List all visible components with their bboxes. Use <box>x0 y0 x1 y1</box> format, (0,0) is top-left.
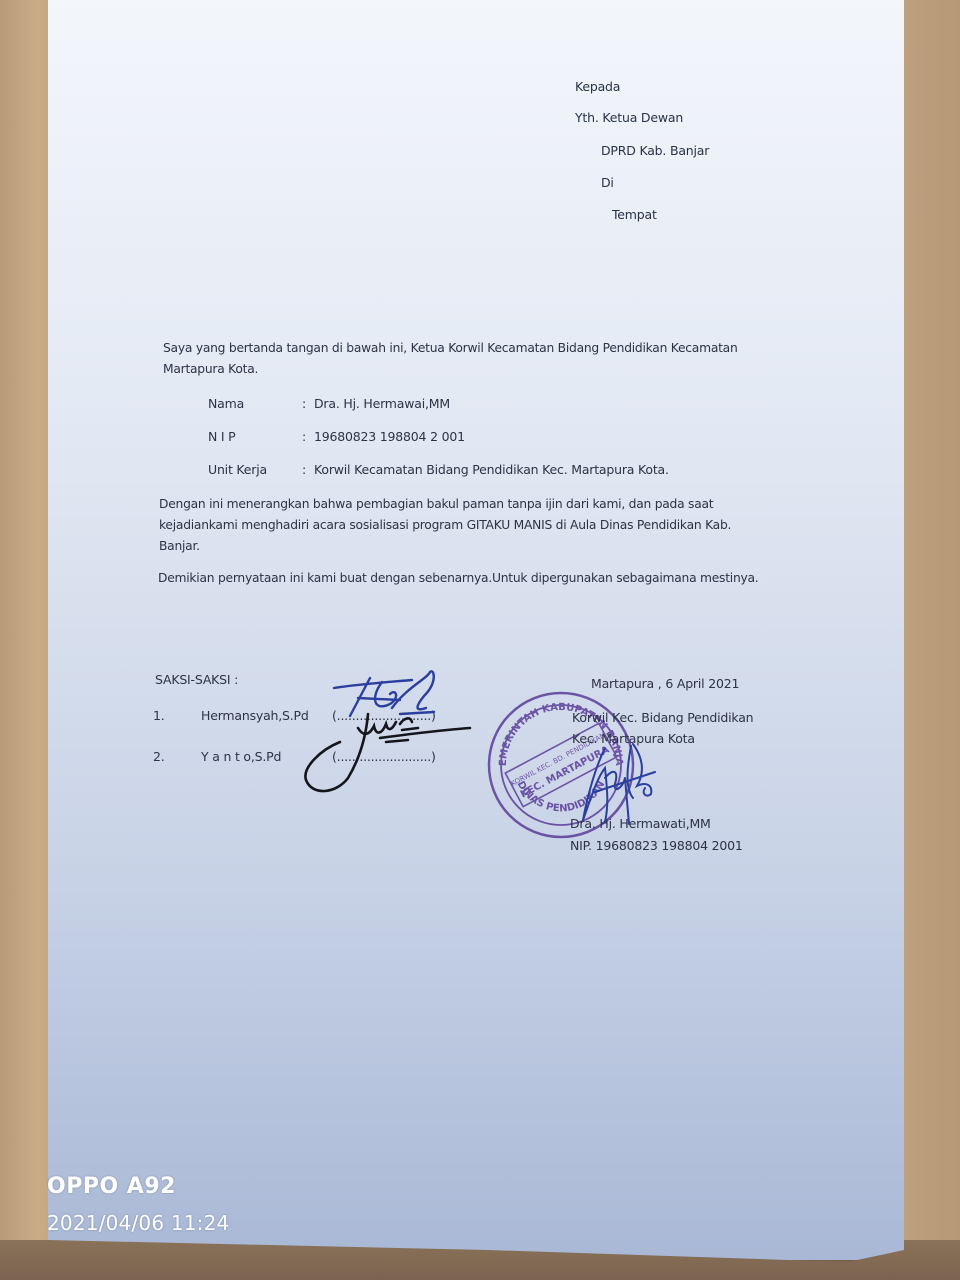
camera-watermark-datetime: 2021/04/06 11:24 <box>47 1211 229 1235</box>
signatory-title: Korwil Kec. Bidang Pendidikan <box>572 710 753 725</box>
field-value-nip: 19680823 198804 2 001 <box>314 429 465 444</box>
intro-line: Saya yang bertanda tangan di bawah ini, … <box>163 338 738 359</box>
field-separator: : <box>302 429 306 444</box>
intro-paragraph: Saya yang bertanda tangan di bawah ini, … <box>163 338 738 380</box>
camera-watermark-model: OPPO A92 <box>47 1174 176 1199</box>
witness-name: Y a n t o,S.Pd <box>201 749 281 764</box>
witness-name: Hermansyah,S.Pd <box>201 708 309 723</box>
field-separator: : <box>302 462 306 477</box>
place-date: Martapura , 6 April 2021 <box>591 676 739 691</box>
field-value-nama: Dra. Hj. Hermawai,MM <box>314 396 450 411</box>
field-label-unit-kerja: Unit Kerja <box>208 462 267 477</box>
recipient-line: Kepada <box>575 79 620 94</box>
closing-paragraph: Demikian pernyataan ini kami buat dengan… <box>158 568 758 589</box>
signatory-nip: NIP. 19680823 198804 2001 <box>570 838 743 853</box>
field-separator: : <box>302 396 306 411</box>
statement-paragraph: Dengan ini menerangkan bahwa pembagian b… <box>159 494 731 557</box>
statement-line: Banjar. <box>159 536 731 557</box>
field-label-nip: N I P <box>208 429 236 444</box>
statement-line: kejadiankami menghadiri acara sosialisas… <box>159 515 731 536</box>
signatory-signature <box>575 738 665 830</box>
witness-number: 2. <box>153 749 165 764</box>
recipient-line: DPRD Kab. Banjar <box>601 143 709 158</box>
recipient-line: Tempat <box>612 207 657 222</box>
field-value-unit-kerja: Korwil Kecamatan Bidang Pendidikan Kec. … <box>314 462 669 477</box>
witnesses-heading: SAKSI-SAKSI : <box>155 672 238 687</box>
recipient-line: Di <box>601 175 614 190</box>
intro-line: Martapura Kota. <box>163 359 738 380</box>
statement-line: Dengan ini menerangkan bahwa pembagian b… <box>159 494 731 515</box>
witness-2-signature <box>300 708 480 803</box>
witness-number: 1. <box>153 708 165 723</box>
field-label-nama: Nama <box>208 396 244 411</box>
document-page <box>48 0 904 1260</box>
recipient-line: Yth. Ketua Dewan <box>575 110 683 125</box>
